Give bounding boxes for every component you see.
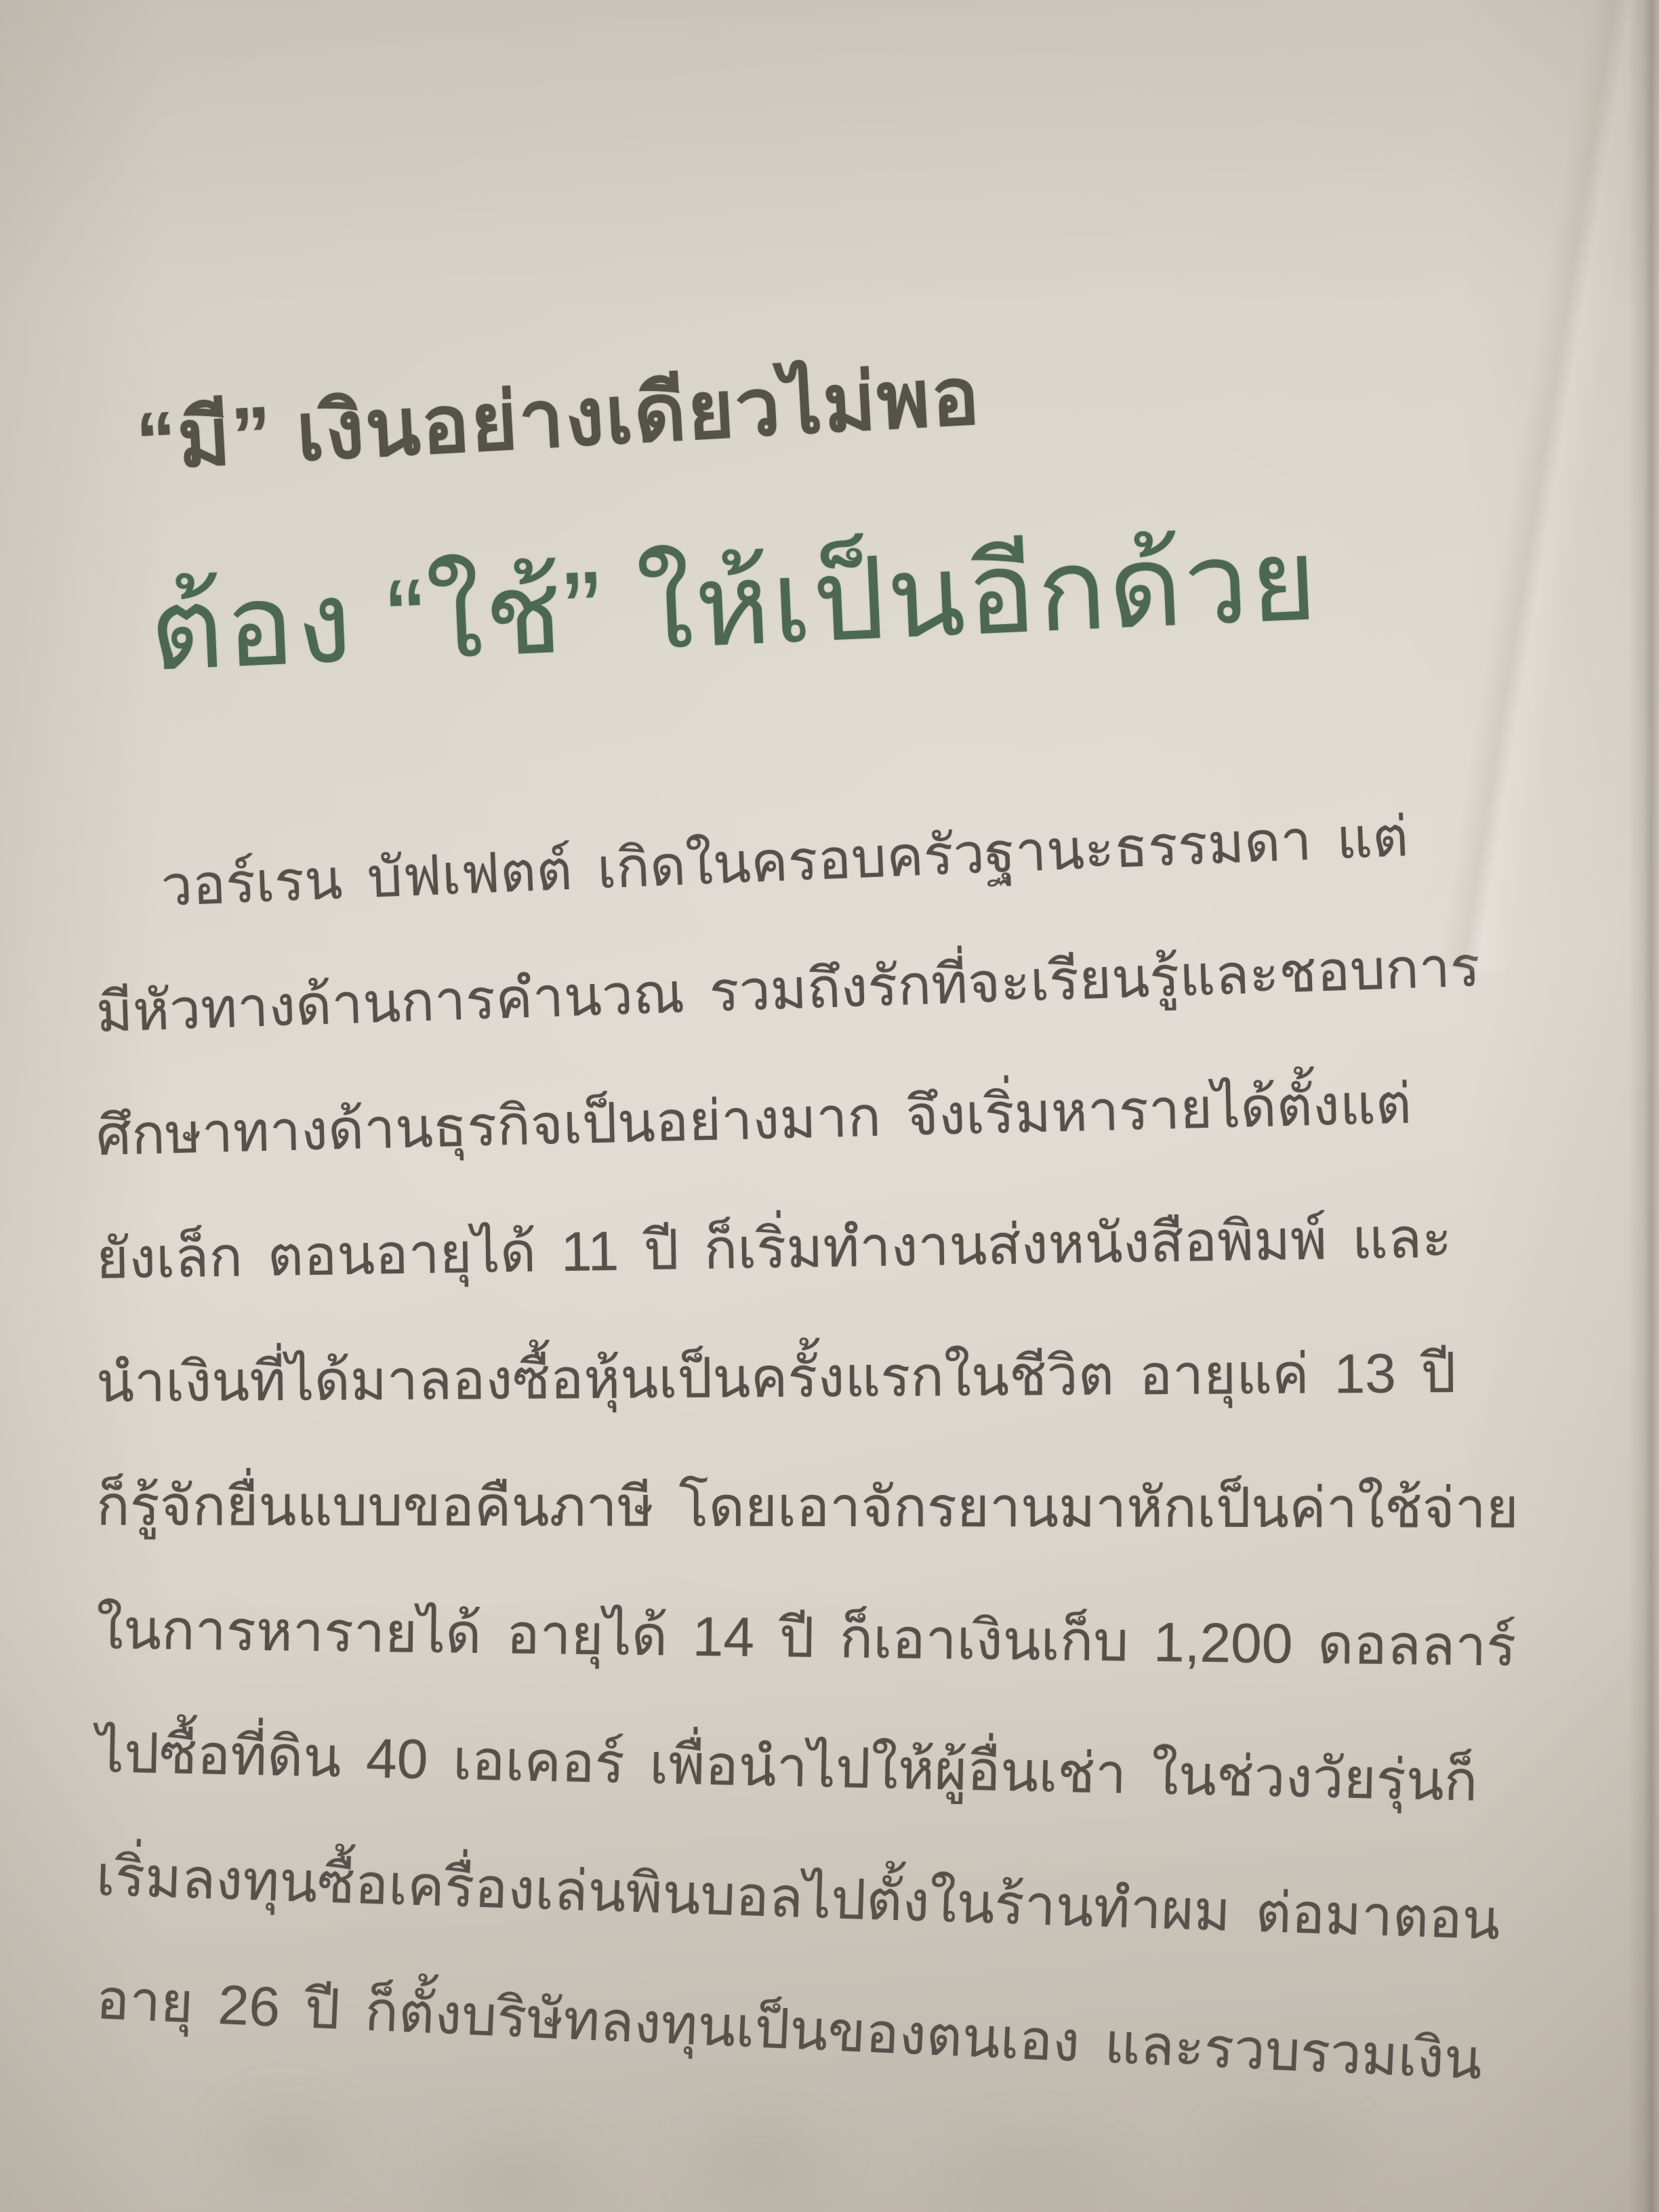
body-paragraph: วอร์เรน บัฟเฟตต์ เกิดในครอบครัวฐานะธรรมด… xyxy=(96,828,1614,2062)
body-line: ยังเล็ก ตอนอายุได้ 11 ปี ก็เริ่มทำงานส่ง… xyxy=(96,1174,1616,1322)
chapter-heading-line-2: ต้อง “ใช้” ให้เป็นอีกด้วย xyxy=(146,488,1323,720)
page-edge-shadow xyxy=(1628,0,1659,2212)
chapter-heading-line-1: “มี” เงินอย่างเดียวไม่พอ xyxy=(133,313,1312,504)
body-line: ก็รู้จักยื่นแบบขอคืนภาษี โดยเอาจักรยานมา… xyxy=(96,1445,1614,1571)
chapter-heading: “มี” เงินอย่างเดียวไม่พอ ต้อง “ใช้” ให้เ… xyxy=(133,313,1324,720)
body-line: ในการหารายได้ อายุได้ 14 ปี ก็เอาเงินเก็… xyxy=(96,1568,1615,1710)
book-page: “มี” เงินอย่างเดียวไม่พอ ต้อง “ใช้” ให้เ… xyxy=(0,0,1659,2212)
body-line: นำเงินที่ได้มาลองซื้อหุ้นเป็นครั้งแรกในช… xyxy=(96,1311,1614,1445)
